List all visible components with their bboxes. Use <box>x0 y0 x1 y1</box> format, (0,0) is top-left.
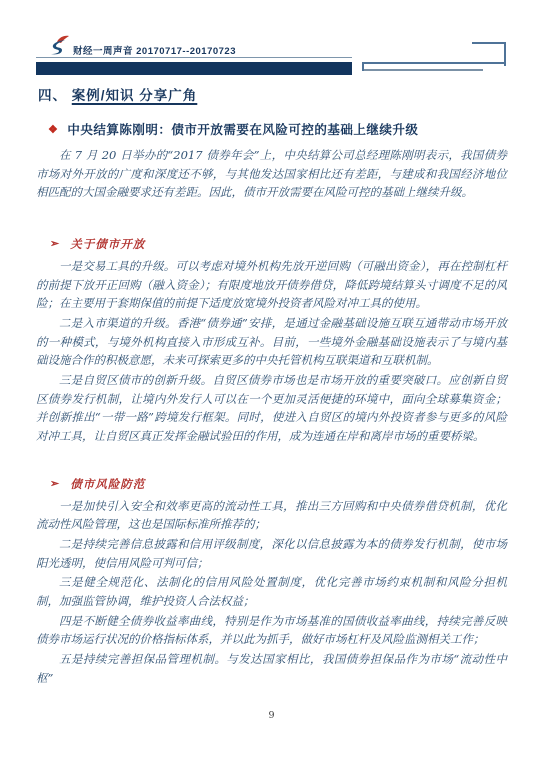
subsection-heading-risk-prevention: ➢ 债市风险防范 <box>50 475 507 495</box>
arrow-bullet-icon: ➢ <box>50 475 60 494</box>
paragraph: 五是持续完善担保品管理机制。与发达国家相比，我国债券担保品作为市场“流动性中枢” <box>36 650 507 687</box>
intro-paragraph: 在 7 月 20 日举办的“2017 债券年会”上，中央结算公司总经理陈刚明表示… <box>36 146 507 202</box>
paragraph: 一是交易工具的升级。可以考虑对境外机构先放开逆回购（可融出资金），再在控制杠杆的… <box>36 257 507 313</box>
paragraph: 四是不断健全债券收益率曲线，特别是作为市场基准的国债收益率曲线，持续完善反映债券… <box>36 612 507 649</box>
paragraph: 三是自贸区债市的创新升级。自贸区债券市场也是市场开放的重要突破口。应创新自贸区债… <box>36 371 507 446</box>
article-title: 中央结算陈刚明：债市开放需要在风险可控的基础上继续升级 <box>67 120 418 138</box>
logo-blue-s <box>51 40 65 54</box>
page-number: 9 <box>0 710 543 721</box>
document-page: 财经一周声音 20170717--20170723 四、 案例/知识 分享广角 … <box>0 0 543 768</box>
article-title-row: ❖ 中央结算陈刚明：债市开放需要在风险可控的基础上继续升级 <box>48 120 507 138</box>
subsection-title: 债市风险防范 <box>70 475 145 494</box>
subsection-title: 关于债市开放 <box>70 235 145 254</box>
paragraph: 二是持续完善信息披露和信用评级制度，深化以信息披露为本的债券发行机制，使市场阳光… <box>36 535 507 572</box>
paragraph: 三是健全规范化、法制化的信用风险处置制度，优化完善市场约束机制和风险分担机制，加… <box>36 573 507 610</box>
section-heading: 四、 案例/知识 分享广角 <box>38 84 507 104</box>
section-title: 案例/知识 分享广角 <box>72 88 198 103</box>
header-rule <box>36 57 352 58</box>
article-body: 在 7 月 20 日举办的“2017 债券年会”上，中央结算公司总经理陈刚明表示… <box>36 146 507 688</box>
arrow-bullet-icon: ➢ <box>50 235 60 254</box>
company-logo-icon <box>47 34 71 56</box>
header-navy-bar <box>36 62 352 75</box>
diamond-bullet-icon: ❖ <box>48 123 58 136</box>
header-decoration-line <box>362 62 506 64</box>
header-decoration-line-2 <box>364 69 483 71</box>
subsection-heading-open-market: ➢ 关于债市开放 <box>50 235 507 255</box>
header-title: 财经一周声音 20170717--20170723 <box>73 43 236 57</box>
section-number: 四、 <box>38 88 67 103</box>
paragraph: 一是加快引入安全和效率更高的流动性工具，推出三方回购和中央债券借贷机制，优化流动… <box>36 497 507 534</box>
paragraph: 二是入市渠道的升级。香港“债券通”安排，是通过金融基础设施互联互通带动市场开放的… <box>36 314 507 370</box>
page-content: 四、 案例/知识 分享广角 ❖ 中央结算陈刚明：债市开放需要在风险可控的基础上继… <box>36 84 507 688</box>
